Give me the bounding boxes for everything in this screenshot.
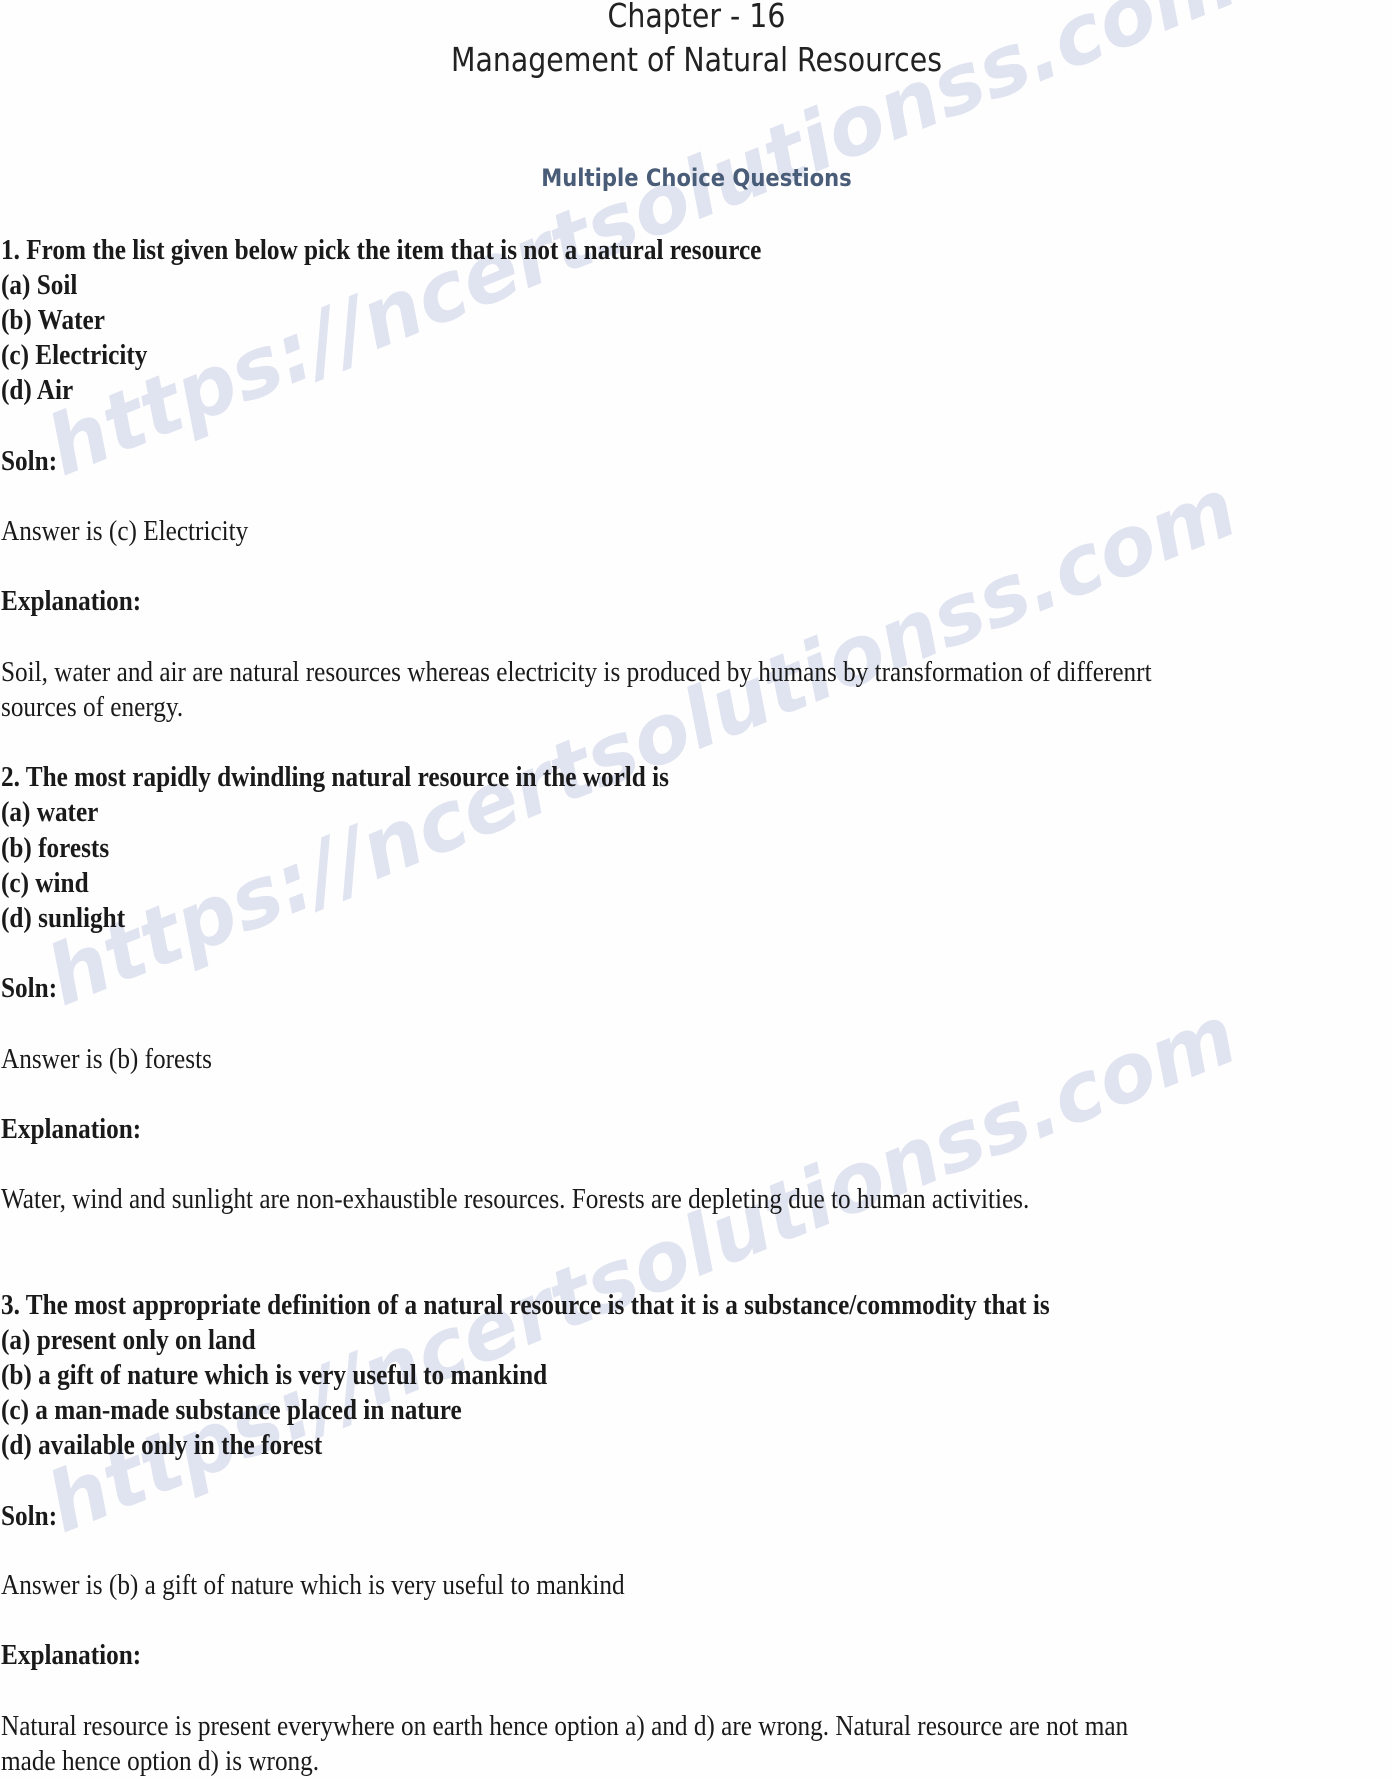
option: (c) Electricity (1, 338, 147, 373)
explanation-label: Explanation: (1, 1112, 141, 1147)
explanation-text: Soil, water and air are natural resource… (1, 655, 1152, 690)
chapter-title: Management of Natural Resources (98, 41, 1296, 79)
option: (c) wind (1, 866, 89, 901)
option: (b) Water (1, 303, 105, 338)
explanation-text: Water, wind and sunlight are non-exhaust… (1, 1182, 1029, 1217)
option: (a) present only on land (1, 1323, 256, 1358)
option: (b) forests (1, 831, 109, 866)
section-heading: Multiple Choice Questions (84, 163, 1310, 193)
question-text: 1. From the list given below pick the it… (1, 233, 761, 268)
question-text: 3. The most appropriate definition of a … (1, 1288, 1050, 1323)
question-text: 2. The most rapidly dwindling natural re… (1, 760, 669, 795)
explanation-text: Natural resource is present everywhere o… (1, 1709, 1128, 1744)
explanation-label: Explanation: (1, 1638, 141, 1673)
option: (d) Air (1, 373, 73, 408)
answer-text: Answer is (c) Electricity (1, 514, 248, 549)
answer-text: Answer is (b) forests (1, 1042, 212, 1077)
explanation-text: made hence option d) is wrong. (1, 1744, 319, 1779)
option: (a) water (1, 795, 98, 830)
chapter-number: Chapter - 16 (98, 0, 1296, 35)
watermark: https://ncertsolutionss.com (34, 987, 1249, 1552)
option: (c) a man-made substance placed in natur… (1, 1393, 462, 1428)
option: (b) a gift of nature which is very usefu… (1, 1358, 547, 1393)
explanation-label: Explanation: (1, 584, 141, 619)
option: (a) Soil (1, 268, 77, 303)
option: (d) sunlight (1, 901, 125, 936)
soln-label: Soln: (1, 971, 57, 1006)
soln-label: Soln: (1, 444, 57, 479)
soln-label: Soln: (1, 1499, 57, 1534)
answer-text: Answer is (b) a gift of nature which is … (1, 1568, 625, 1603)
option: (d) available only in the forest (1, 1428, 322, 1463)
explanation-text: sources of energy. (1, 690, 183, 725)
